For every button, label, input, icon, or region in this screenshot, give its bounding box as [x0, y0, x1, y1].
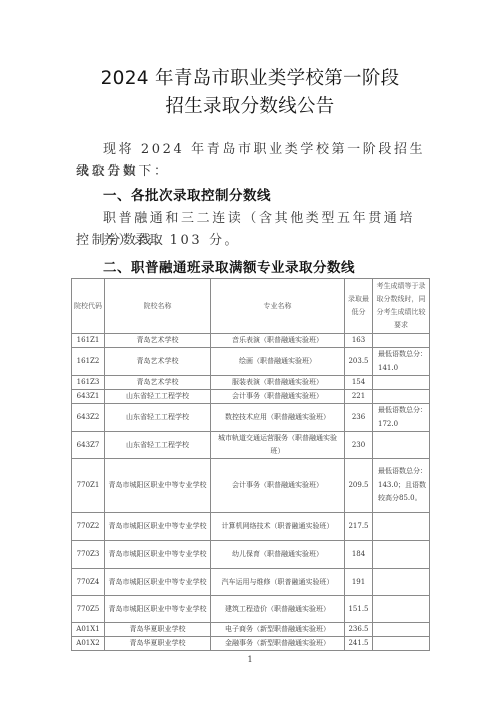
section1-line2: 控制分数线：103 分。	[76, 230, 428, 252]
cell-major: 计算机网络技术（职普融通实验班）	[211, 513, 345, 541]
cell-score: 203.5	[345, 348, 373, 376]
cell-note	[373, 390, 430, 404]
page-number: 1	[0, 655, 500, 664]
cell-school: 青岛华夏职业学校	[105, 623, 211, 637]
cell-major: 电子商务（新型职普融通实验班）	[211, 623, 345, 637]
header-major: 专业名称	[211, 279, 345, 334]
cell-code: 161Z1	[72, 334, 105, 348]
table-row: 770Z2 青岛市城阳区职业中等专业学校 计算机网络技术（职普融通实验班） 21…	[72, 513, 430, 541]
table-row: 770Z3 青岛市城阳区职业中等专业学校 幼儿保育（职普融通实验班） 184	[72, 541, 430, 569]
header-min-score: 录取最低分	[345, 279, 373, 334]
cell-note	[373, 541, 430, 569]
cell-score: 241.5	[345, 637, 373, 651]
cell-score: 209.5	[345, 459, 373, 513]
cell-school: 青岛市城阳区职业中等专业学校	[105, 541, 211, 569]
table-row: 161Z2 青岛艺术学校 绘画（职普融通实验班） 203.5 最低语数总分：14…	[72, 348, 430, 376]
header-code: 院校代码	[72, 279, 105, 334]
table-row: 643Z7 山东省轻工工程学校 城市轨道交通运营服务（职普融通实验班） 230	[72, 432, 430, 459]
cell-score: 236	[345, 404, 373, 432]
cell-note	[373, 334, 430, 348]
table-row: 770Z5 青岛市城阳区职业中等专业学校 建筑工程造价（职普融通实验班） 151…	[72, 596, 430, 623]
cell-major: 金融事务（新型职普融通实验班）	[211, 637, 345, 651]
cell-note	[373, 637, 430, 651]
cell-school: 青岛艺术学校	[105, 348, 211, 376]
cell-code: 770Z1	[72, 459, 105, 513]
table-row: 161Z1 青岛艺术学校 音乐表演（职普融通实验班） 163	[72, 334, 430, 348]
table-header-row: 院校代码 院校名称 专业名称 录取最低分 考生成绩等于录取分数线时，同分考生成绩…	[72, 279, 430, 334]
cell-school: 山东省轻工工程学校	[105, 390, 211, 404]
cell-school: 青岛艺术学校	[105, 376, 211, 390]
table-row: 161Z3 青岛艺术学校 服装表演（职普融通实验班） 154	[72, 376, 430, 390]
cell-note	[373, 376, 430, 390]
cell-major: 音乐表演（职普融通实验班）	[211, 334, 345, 348]
cell-score: 163	[345, 334, 373, 348]
cell-note	[373, 569, 430, 596]
cell-school: 山东省轻工工程学校	[105, 404, 211, 432]
cell-code: 643Z2	[72, 404, 105, 432]
table-row: A01X2 青岛华夏职业学校 金融事务（新型职普融通实验班） 241.5	[72, 637, 430, 651]
table-row: A01X1 青岛华夏职业学校 电子商务（新型职普融通实验班） 236.5	[72, 623, 430, 637]
cell-score: 154	[345, 376, 373, 390]
cell-code: 643Z7	[72, 432, 105, 459]
cell-major: 会计事务（职普融通实验班）	[211, 390, 345, 404]
cell-code: A01X2	[72, 637, 105, 651]
table-row: 770Z4 青岛市城阳区职业中等专业学校 汽车运用与维修（职普融通实验班） 19…	[72, 569, 430, 596]
cell-major: 幼儿保育（职普融通实验班）	[211, 541, 345, 569]
cell-school: 青岛艺术学校	[105, 334, 211, 348]
section1-heading: 一、各批次录取控制分数线	[103, 184, 271, 204]
cell-note	[373, 596, 430, 623]
intro-line2: 线公告如下：	[76, 161, 428, 183]
cell-code: 161Z3	[72, 376, 105, 390]
cell-major: 服装表演（职普融通实验班）	[211, 376, 345, 390]
cell-note	[373, 432, 430, 459]
cell-note: 最低语数总分：172.0	[373, 404, 430, 432]
cell-score: 184	[345, 541, 373, 569]
cell-code: A01X1	[72, 623, 105, 637]
cell-score: 151.5	[345, 596, 373, 623]
admission-score-table: 院校代码 院校名称 专业名称 录取最低分 考生成绩等于录取分数线时，同分考生成绩…	[71, 278, 430, 651]
cell-score: 221	[345, 390, 373, 404]
cell-major: 会计事务（职普融通实验班）	[211, 459, 345, 513]
section2-heading: 二、职普融通班录取满额专业录取分数线	[103, 256, 355, 276]
cell-major: 建筑工程造价（职普融通实验班）	[211, 596, 345, 623]
cell-school: 青岛市城阳区职业中等专业学校	[105, 596, 211, 623]
cell-school: 山东省轻工工程学校	[105, 432, 211, 459]
cell-code: 770Z2	[72, 513, 105, 541]
cell-note: 最低语数总分：143.0；且语数较高分85.0。	[373, 459, 430, 513]
cell-note: 最低语数总分：141.0	[373, 348, 430, 376]
header-tiebreak: 考生成绩等于录取分数线时，同分考生成绩比较要求	[373, 279, 430, 334]
cell-code: 643Z1	[72, 390, 105, 404]
cell-major: 绘画（职普融通实验班）	[211, 348, 345, 376]
cell-school: 青岛市城阳区职业中等专业学校	[105, 459, 211, 513]
cell-note	[373, 513, 430, 541]
cell-code: 770Z5	[72, 596, 105, 623]
cell-code: 770Z3	[72, 541, 105, 569]
table-row: 770Z1 青岛市城阳区职业中等专业学校 会计事务（职普融通实验班） 209.5…	[72, 459, 430, 513]
cell-school: 青岛市城阳区职业中等专业学校	[105, 513, 211, 541]
document-title-line1: 2024 年青岛市职业类学校第一阶段	[0, 64, 500, 90]
cell-major: 数控技术应用（职普融通实验班）	[211, 404, 345, 432]
document-title-line2: 招生录取分数线公告	[0, 92, 500, 118]
cell-major: 汽车运用与维修（职普融通实验班）	[211, 569, 345, 596]
cell-code: 161Z2	[72, 348, 105, 376]
table-row: 643Z2 山东省轻工工程学校 数控技术应用（职普融通实验班） 236 最低语数…	[72, 404, 430, 432]
cell-score: 191	[345, 569, 373, 596]
cell-major: 城市轨道交通运营服务（职普融通实验班）	[211, 432, 345, 459]
cell-school: 青岛市城阳区职业中等专业学校	[105, 569, 211, 596]
cell-score: 236.5	[345, 623, 373, 637]
cell-score: 230	[345, 432, 373, 459]
cell-code: 770Z4	[72, 569, 105, 596]
cell-note	[373, 623, 430, 637]
cell-score: 217.5	[345, 513, 373, 541]
header-school: 院校名称	[105, 279, 211, 334]
cell-school: 青岛华夏职业学校	[105, 637, 211, 651]
table-row: 643Z1 山东省轻工工程学校 会计事务（职普融通实验班） 221	[72, 390, 430, 404]
